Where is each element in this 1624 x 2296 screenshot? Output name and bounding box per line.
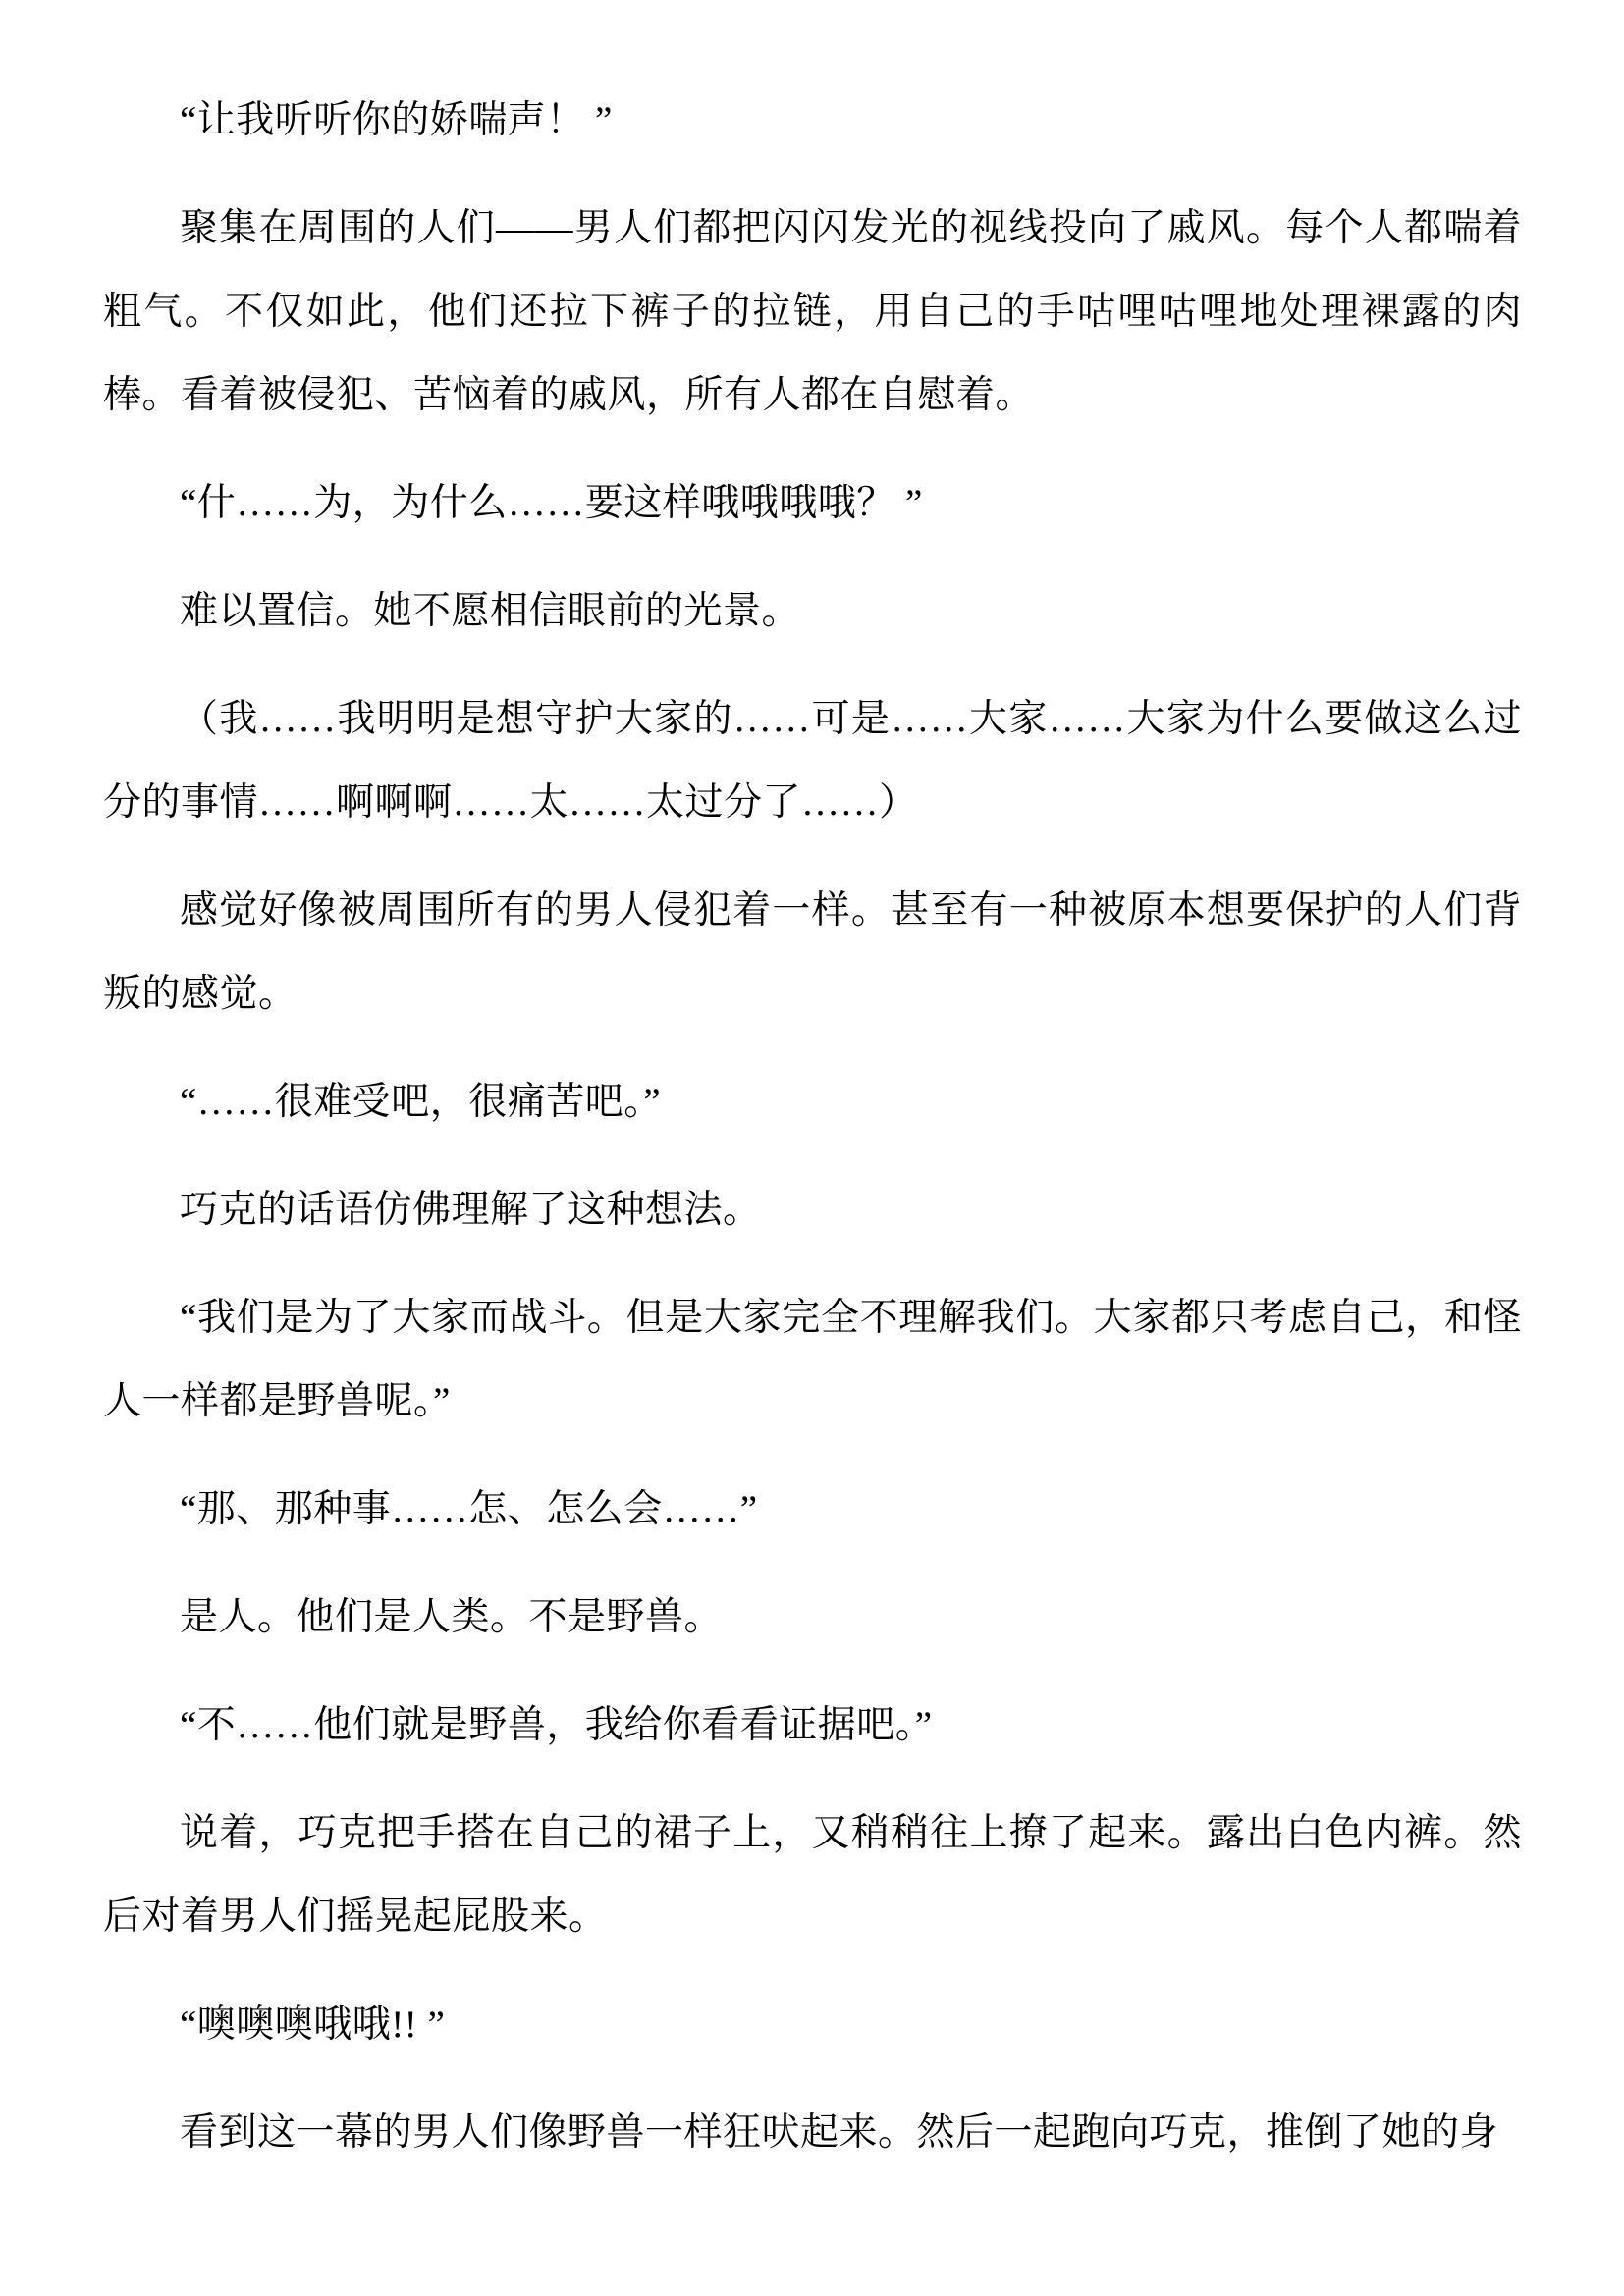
paragraph: 看到这一幕的男人们像野兽一样狂吠起来。然后一起跑向巧克，推倒了她的身 (103, 2091, 1522, 2174)
paragraph: “不……他们就是野兽，我给你看看证据吧。” (103, 1683, 1522, 1767)
paragraph: 难以置信。她不愿相信眼前的光景。 (103, 569, 1522, 653)
paragraph: 感觉好像被周围所有的男人侵犯着一样。甚至有一种被原本想要保护的人们背叛的感觉。 (103, 869, 1522, 1036)
paragraph: “我们是为了大家而战斗。但是大家完全不理解我们。大家都只考虑自己，和怪人一样都是… (103, 1276, 1522, 1443)
paragraph: 说着，巧克把手搭在自己的裙子上，又稍稍往上撩了起来。露出白色内裤。然后对着男人们… (103, 1791, 1522, 1958)
paragraph: （我……我明明是想守护大家的……可是……大家……大家为什么要做这么过分的事情……… (103, 677, 1522, 844)
paragraph: “……很难受吧，很痛苦吧。” (103, 1060, 1522, 1144)
paragraph: 是人。他们是人类。不是野兽。 (103, 1575, 1522, 1659)
document-page: “让我听听你的娇喘声！ ”聚集在周围的人们——男人们都把闪闪发光的视线投向了戚风… (0, 0, 1624, 2296)
page-body: “让我听听你的娇喘声！ ”聚集在周围的人们——男人们都把闪闪发光的视线投向了戚风… (103, 79, 1522, 2174)
paragraph: 巧克的话语仿佛理解了这种想法。 (103, 1168, 1522, 1252)
paragraph: “什……为，为什么……要这样哦哦哦哦？ ” (103, 461, 1522, 545)
paragraph: “噢噢噢哦哦!! ” (103, 1983, 1522, 2066)
paragraph: 聚集在周围的人们——男人们都把闪闪发光的视线投向了戚风。每个人都喘着粗气。不仅如… (103, 187, 1522, 437)
paragraph: “让我听听你的娇喘声！ ” (103, 79, 1522, 162)
paragraph: “那、那种事……怎、怎么会……” (103, 1468, 1522, 1551)
